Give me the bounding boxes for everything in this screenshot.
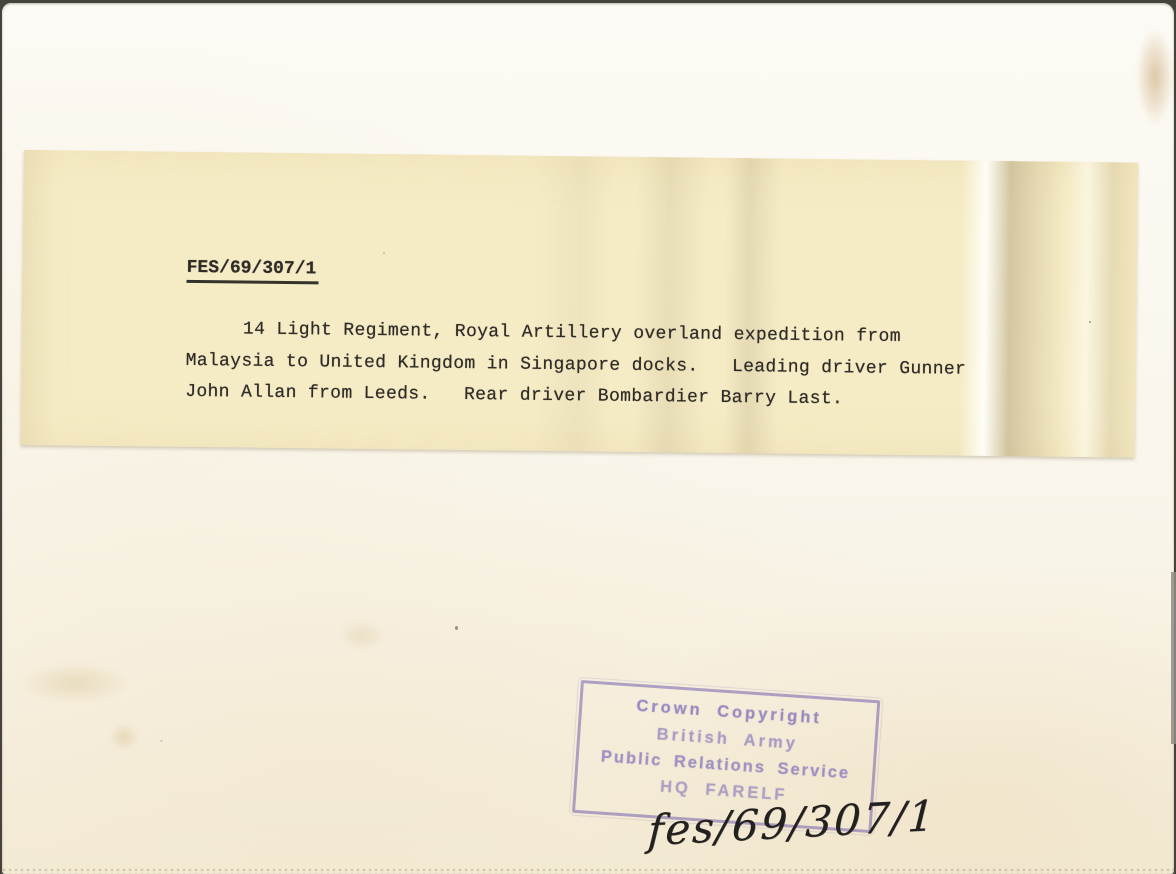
dust-speck — [455, 626, 458, 630]
bottom-edge-grain — [2, 866, 1174, 874]
dust-speck — [160, 740, 163, 742]
photo-right-edge — [1171, 572, 1176, 744]
reference-number: FES/69/307/1 — [187, 258, 319, 284]
stain-mid — [332, 615, 392, 655]
stain-top-right — [1132, 17, 1176, 137]
typed-caption-label: FES/69/307/1 14 Light Regiment, Royal Ar… — [21, 150, 1138, 458]
stain-bottom-left — [10, 659, 140, 707]
photo-back-scan: FES/69/307/1 14 Light Regiment, Royal Ar… — [0, 0, 1176, 874]
caption-text: 14 Light Regiment, Royal Artillery overl… — [185, 314, 967, 417]
dust-speck — [1089, 321, 1091, 323]
stain-small — [106, 721, 142, 753]
dust-speck — [383, 252, 385, 254]
